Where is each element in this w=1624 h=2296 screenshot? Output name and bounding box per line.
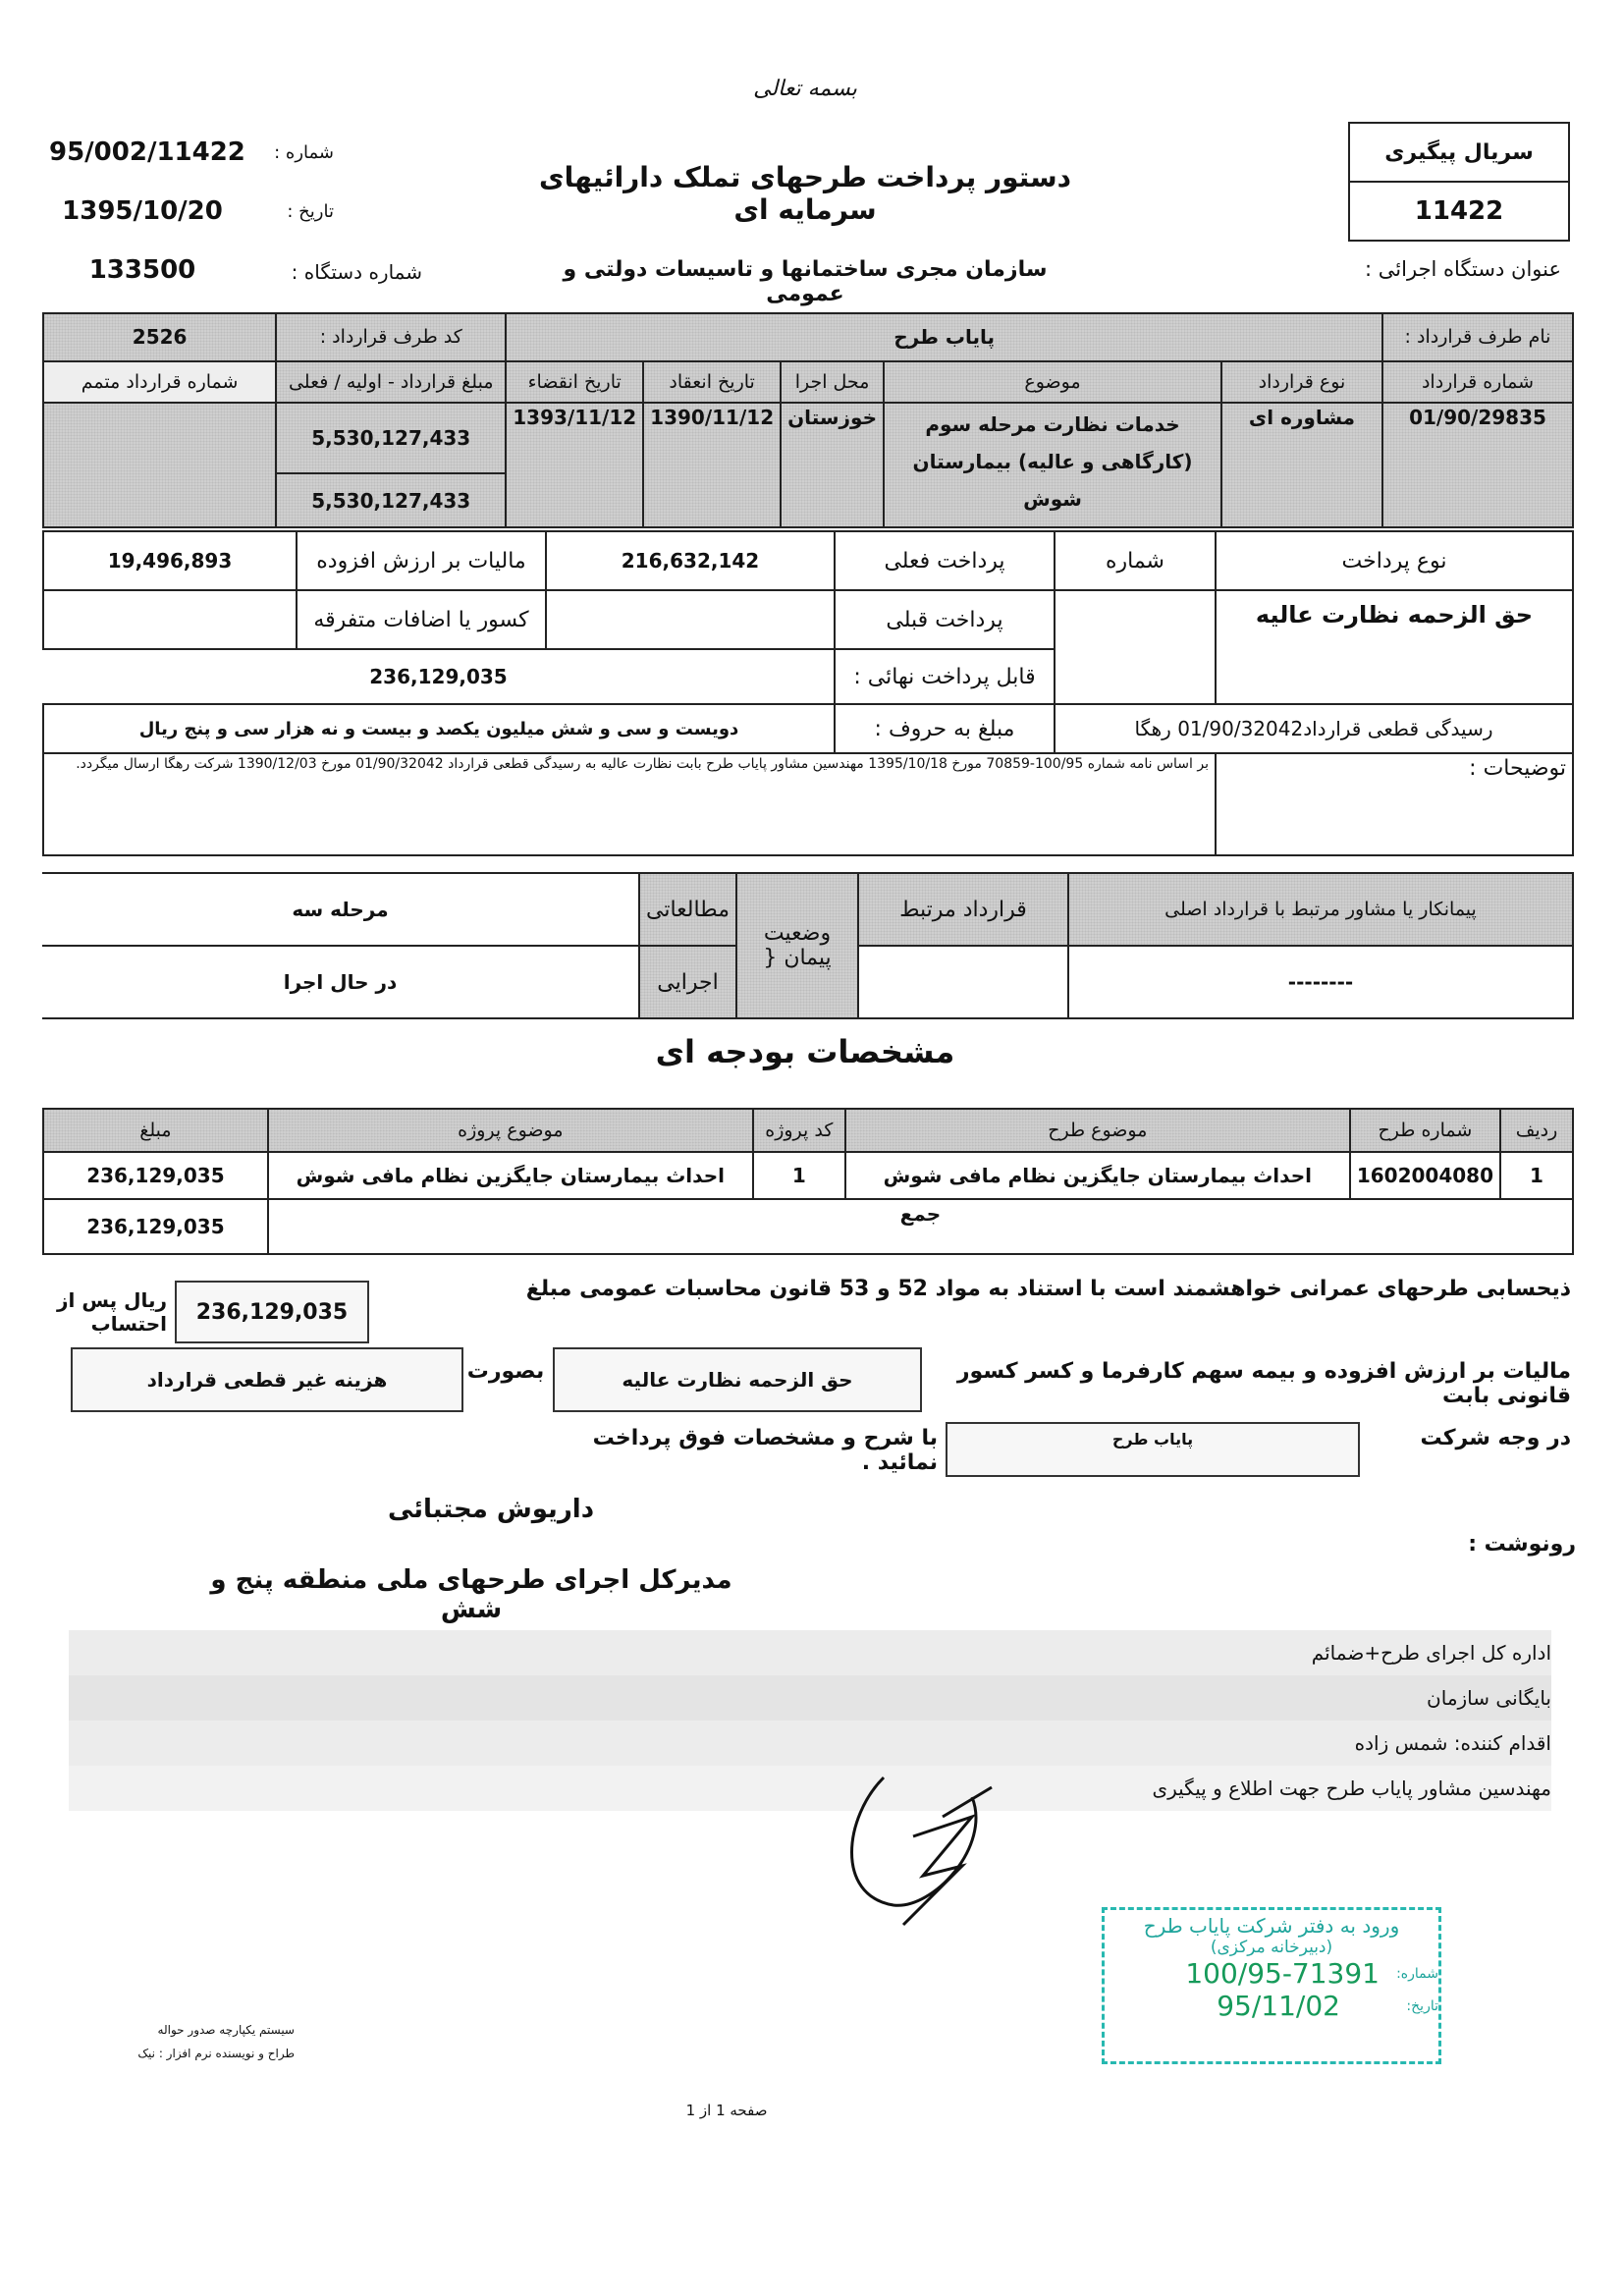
col-budget-amount: مبلغ [43, 1109, 268, 1152]
contract-end-date: 1393/11/12 [506, 403, 643, 527]
stamp-number-value: 100/95-71391 [1185, 1957, 1380, 1990]
party-code-label: کد طرف قرارداد : [276, 313, 506, 361]
date-value: 1395/10/20 [54, 196, 231, 226]
amount-initial: 5,530,127,433 [276, 403, 506, 473]
col-row: ردیف [1500, 1109, 1573, 1152]
amount-words-value: دویست و سی و شش میلیون یکصد و بیست و نه … [43, 704, 835, 753]
page-number: صفحه 1 از 1 [628, 2102, 825, 2119]
signatory-position: مدیرکل اجرای طرحهای ملی منطقه پنج و شش [196, 1565, 746, 1624]
table-row: 1 1602004080 احداث بیمارستان جایگزین نظا… [43, 1152, 1573, 1199]
col-contract-number: شماره قرارداد [1382, 361, 1573, 403]
contractor-value: -------- [1068, 946, 1573, 1018]
contract-table: نام طرف قرارداد : پایاب طرح کد طرف قرارد… [42, 312, 1574, 528]
invocation: بسمه تعالی [727, 77, 884, 101]
party-name-value: پایاب طرح [506, 313, 1382, 361]
as-label: بصورت [466, 1359, 545, 1384]
contract-location: خوزستان [781, 403, 884, 527]
number-label: شماره : [245, 142, 334, 163]
col-plan-no: شماره طرح [1350, 1109, 1500, 1152]
budget-row-number: 1 [1500, 1152, 1573, 1199]
col-subject: موضوع [884, 361, 1221, 403]
budget-table: ردیف شماره طرح موضوع طرح کد پروژه موضوع … [42, 1108, 1574, 1255]
budget-total-label: جمع [268, 1199, 1573, 1254]
col-project-code: کد پروژه [753, 1109, 845, 1152]
page-title: دستور پرداخت طرحهای تملک دارائیهای سرمای… [491, 161, 1119, 226]
executor-label: عنوان دستگاه اجرائی : [1345, 257, 1561, 281]
contractor-label: پیمانکار یا مشاور مرتبط با قرارداد اصلی [1068, 873, 1573, 946]
col-project-subject: موضوع پروژه [268, 1109, 753, 1152]
vat-value: 19,496,893 [43, 531, 297, 590]
amount-box: 236,129,035 [175, 1281, 369, 1343]
description-value: بر اساس نامه شماره 100/95-70859 مورخ 139… [43, 753, 1216, 855]
stamp-date-value: 95/11/02 [1217, 1990, 1380, 2022]
study-label: مطالعاتی [639, 873, 736, 946]
budget-plan-subject: احداث بیمارستان جایگزین نظام مافی شوش [845, 1152, 1350, 1199]
order-line3: در وجه شرکت [1375, 1426, 1571, 1450]
copies-list: اداره کل اجرای طرح+ضمائم بایگانی سازمان … [69, 1630, 1551, 1811]
budget-amount: 236,129,035 [43, 1152, 268, 1199]
stamp-line2: (دبیرخانه مرکزی) [1105, 1938, 1438, 1957]
payment-type-value: حق الزحمه نظارت عالیه [1216, 590, 1573, 704]
copies-label: رونوشت : [1453, 1532, 1576, 1557]
copy-item: اداره کل اجرای طرح+ضمائم [69, 1630, 1551, 1675]
stamp-line1: ورود به دفتر شرکت پایاب طرح [1105, 1914, 1438, 1938]
serial-label: سریال پیگیری [1350, 124, 1568, 183]
budget-title: مشخصات بودجه ای [511, 1033, 1100, 1070]
order-line3-end: با شرح و مشخصات فوق پرداخت نمائید . [560, 1426, 938, 1475]
budget-project-subject: احداث بیمارستان جایگزین نظام مافی شوش [268, 1152, 753, 1199]
order-line1-end: ریال پس از احتساب [39, 1288, 167, 1336]
contract-type: مشاوره ای [1221, 403, 1382, 527]
payment-number-value [1055, 590, 1216, 704]
misc-value [43, 590, 297, 649]
company-box: پایاب طرح [946, 1422, 1360, 1477]
signatory-name: داریوش مجتبائی [363, 1495, 619, 1524]
payment-table: نوع پرداخت شماره پرداخت فعلی 216,632,142… [42, 530, 1574, 856]
form-box: هزینه غیر قطعی قرارداد [71, 1347, 463, 1412]
amount-words-label: مبلغ به حروف : [835, 704, 1055, 753]
supplement-number [43, 403, 276, 527]
device-no-value: 133500 [79, 255, 206, 285]
contract-subject: خدمات نظارت مرحله سوم (کارگاهی و عالیه) … [884, 403, 1221, 527]
final-payable-value: 236,129,035 [43, 649, 835, 704]
amount-current: 5,530,127,433 [276, 473, 506, 527]
col-plan-subject: موضوع طرح [845, 1109, 1350, 1152]
signature-scribble-icon [825, 1758, 1011, 1944]
payment-number-label: شماره [1055, 531, 1216, 590]
copy-item: بایگانی سازمان [69, 1675, 1551, 1721]
contract-start-date: 1390/11/12 [643, 403, 781, 527]
col-start-date: تاریخ انعقاد [643, 361, 781, 403]
serial-value: 11422 [1350, 183, 1568, 240]
budget-total-value: 236,129,035 [43, 1199, 268, 1254]
reason-box: حق الزحمه نظارت عالیه [553, 1347, 922, 1412]
date-label: تاریخ : [245, 201, 334, 222]
stamp-number-label: شماره: [1380, 1966, 1438, 1982]
col-contract-type: نوع قرارداد [1221, 361, 1382, 403]
exec-label: اجرایی [639, 946, 736, 1018]
contract-number: 01/90/29835 [1382, 403, 1573, 527]
current-payment-value: 216,632,142 [546, 531, 835, 590]
contract-status-label: وضعیت پیمان { [736, 873, 858, 1018]
copy-item: مهندسین مشاور پایاب طرح جهت اطلاع و پیگی… [69, 1766, 1551, 1811]
budget-project-code: 1 [753, 1152, 845, 1199]
budget-plan-no: 1602004080 [1350, 1152, 1500, 1199]
system-line1: سیستم یکپارچه صدور حواله [59, 2023, 295, 2037]
review-note: رسیدگی قطعی قرارداد01/90/32042 رهگا [1055, 704, 1573, 753]
final-payable-label: قابل پرداخت نهائی : [835, 649, 1055, 704]
related-contract-label: قرارداد مرتبط [858, 873, 1068, 946]
previous-payment-label: پرداخت قبلی [835, 590, 1055, 649]
payment-type-label: نوع پرداخت [1216, 531, 1573, 590]
executor-value: سازمان مجری ساختمانها و تاسیسات دولتی و … [550, 257, 1060, 306]
description-label: توضیحات : [1216, 753, 1573, 855]
misc-label: کسور یا اضافات متفرقه [297, 590, 546, 649]
copy-item: اقدام کننده: شمس زاده [69, 1721, 1551, 1766]
col-amount: مبلغ قرارداد - اولیه / فعلی [276, 361, 506, 403]
status-table: پیمانکار یا مشاور مرتبط با قرارداد اصلی … [42, 872, 1574, 1019]
study-value: مرحله سه [42, 873, 639, 946]
receipt-stamp: ورود به دفتر شرکت پایاب طرح (دبیرخانه مر… [1102, 1907, 1441, 2064]
number-value: 95/002/11422 [49, 137, 236, 167]
party-code-value: 2526 [43, 313, 276, 361]
vat-label: مالیات بر ارزش افزوده [297, 531, 546, 590]
col-supplement: شماره قرارداد متمم [43, 361, 276, 403]
previous-payment-value [546, 590, 835, 649]
col-location: محل اجرا [781, 361, 884, 403]
order-line1: ذیحسابی طرحهای عمرانی خواهشمند است با اس… [393, 1277, 1571, 1301]
col-end-date: تاریخ انقضاء [506, 361, 643, 403]
party-name-label: نام طرف قرارداد : [1382, 313, 1573, 361]
exec-value: در حال اجرا [42, 946, 639, 1018]
serial-box: سریال پیگیری 11422 [1348, 122, 1570, 242]
related-contract-value [858, 946, 1068, 1018]
system-line2: طراح و نویسنده نرم افزار : نیک [59, 2047, 295, 2060]
current-payment-label: پرداخت فعلی [835, 531, 1055, 590]
stamp-date-label: تاریخ: [1380, 1998, 1438, 2014]
device-no-label: شماره دستگاه : [245, 260, 422, 284]
order-line2: مالیات بر ارزش افزوده و بیمه سهم کارفرما… [923, 1359, 1571, 1408]
